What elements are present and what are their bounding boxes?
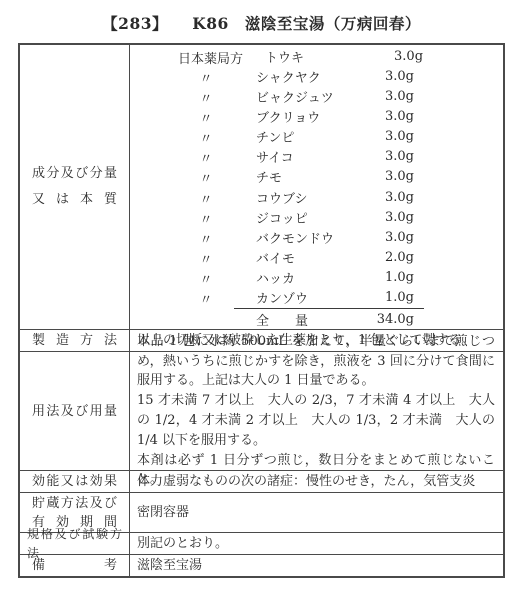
specs-label: 規格及び試験方法: [20, 533, 130, 554]
ingredient-main: バイモ 2.0g: [234, 248, 424, 268]
manufacturing-label-text: 製造方法: [32, 331, 117, 350]
composition-label-line1: 成分及び分量: [32, 161, 117, 187]
total-label: 全 量: [256, 310, 362, 329]
page-title: 【283】 K86 滋陰至宝湯（万病回春）: [0, 12, 523, 34]
storage-content: 密閉容器: [130, 493, 503, 532]
ingredient-name: ジコッピ: [256, 208, 362, 227]
ingredient-name: ビャクジュツ: [256, 87, 362, 106]
ingredient-row: 〃 チンピ 3.0g: [130, 128, 503, 148]
remarks-text: 滋陰至宝湯: [137, 556, 495, 576]
dosage-paragraph-2: 15 才未満 7 才以上 大人の 2/3，7 才未満 4 才以上 大人の 1/2…: [137, 391, 495, 450]
pharmacopoeia-label: 日本薬局方: [130, 48, 243, 67]
ingredient-amount: 3.0g: [362, 69, 414, 84]
ingredient-amount: 3.0g: [362, 230, 414, 245]
remarks-content: 滋陰至宝湯: [130, 555, 503, 576]
ingredient-name: ハッカ: [256, 268, 362, 287]
ingredient-row: 〃 ブクリョウ 3.0g: [130, 108, 503, 128]
ingredient-name: サイコ: [256, 147, 362, 166]
ingredient-list: 日本薬局方 トウキ 3.0g 〃 シャクヤク 3.0g 〃: [130, 45, 503, 328]
specs-section: 規格及び試験方法 別記のとおり。: [20, 532, 503, 554]
ditto-mark: 〃: [130, 289, 234, 308]
ingredient-main: コウブシ 3.0g: [234, 188, 424, 208]
ditto-mark: 〃: [130, 269, 234, 288]
ingredient-row: 〃 ジコッピ 3.0g: [130, 208, 503, 228]
ingredient-main: チモ 3.0g: [234, 168, 424, 188]
ingredient-main: ブクリョウ 3.0g: [234, 108, 424, 128]
ditto-mark: 〃: [130, 88, 234, 107]
ingredient-amount: 3.0g: [362, 129, 414, 144]
composition-label: 成分及び分量 又は本質: [20, 45, 130, 329]
storage-label-line1: 貯蔵方法及び: [32, 494, 117, 513]
indications-section: 効能又は効果 体力虚弱なものの次の諸症：慢性のせき，たん，気管支炎: [20, 470, 503, 492]
ingredient-name: シャクヤク: [256, 67, 362, 86]
ditto-mark: 〃: [130, 108, 234, 127]
indications-label: 効能又は効果: [20, 471, 130, 492]
ingredient-name: バイモ: [256, 248, 362, 267]
ingredient-main: ジコッピ 3.0g: [234, 208, 424, 228]
storage-text: 密閉容器: [137, 503, 495, 523]
ingredient-name: チモ: [256, 167, 362, 186]
ingredient-amount: 3.0g: [362, 89, 414, 104]
monograph-table: 成分及び分量 又は本質 日本薬局方 トウキ 3.0g 〃 シャクヤク 3.0g: [18, 43, 505, 578]
ingredient-main: シャクヤク 3.0g: [234, 67, 424, 87]
ingredient-amount: 1.0g: [362, 290, 414, 305]
composition-section: 成分及び分量 又は本質 日本薬局方 トウキ 3.0g 〃 シャクヤク 3.0g: [20, 45, 503, 329]
ingredient-main: ビャクジュツ 3.0g: [234, 88, 424, 108]
ingredient-row: 〃 バクモンドウ 3.0g: [130, 228, 503, 248]
composition-content: 日本薬局方 トウキ 3.0g 〃 シャクヤク 3.0g 〃: [130, 45, 503, 329]
ingredient-row: 日本薬局方 トウキ 3.0g: [130, 47, 503, 67]
ingredient-row: 〃 カンゾウ 1.0g: [130, 288, 503, 308]
ingredient-row: 〃 バイモ 2.0g: [130, 248, 503, 268]
ingredient-name: バクモンドウ: [256, 228, 362, 247]
composition-label-line2: 又は本質: [32, 187, 117, 213]
total-row: 全 量 34.0g: [130, 309, 503, 329]
ingredient-row: 〃 ハッカ 1.0g: [130, 268, 503, 288]
ingredient-row: 〃 サイコ 3.0g: [130, 148, 503, 168]
ditto-mark: 〃: [130, 168, 234, 187]
dosage-section: 用法及び用量 本品 1 包に水約 500mL を加えて，半量ぐらいまで煎じつめ，…: [20, 351, 503, 470]
ditto-mark: 〃: [130, 128, 234, 147]
ingredient-main: ハッカ 1.0g: [234, 268, 424, 288]
indications-label-text: 効能又は効果: [32, 472, 117, 491]
ingredient-main-sum-rule: カンゾウ 1.0g: [234, 288, 424, 308]
total-main: 全 量 34.0g: [234, 309, 424, 329]
ingredient-row: 〃 チモ 3.0g: [130, 168, 503, 188]
remarks-section: 備考 滋陰至宝湯: [20, 554, 503, 576]
ingredient-amount: 2.0g: [362, 250, 414, 265]
ingredient-main: サイコ 3.0g: [234, 148, 424, 168]
dosage-label-text: 用法及び用量: [32, 402, 117, 421]
ingredient-main: チンピ 3.0g: [234, 128, 424, 148]
ingredient-amount: 3.0g: [362, 149, 414, 164]
ingredient-amount: 3.0g: [362, 190, 414, 205]
ditto-mark: 〃: [130, 189, 234, 208]
indications-text: 体力虚弱なものの次の諸症：慢性のせき，たん，気管支炎: [137, 472, 495, 492]
ingredient-amount: 3.0g: [362, 210, 414, 225]
ingredient-amount: 1.0g: [362, 270, 414, 285]
dosage-content: 本品 1 包に水約 500mL を加えて，半量ぐらいまで煎じつめ，熱いうちに煎じ…: [130, 352, 503, 470]
remarks-label: 備考: [20, 555, 130, 576]
ingredient-name: コウブシ: [256, 188, 362, 207]
specs-text: 別記のとおり。: [137, 534, 495, 554]
ingredient-main: バクモンドウ 3.0g: [234, 228, 424, 248]
total-amount: 34.0g: [362, 312, 414, 327]
ditto-mark: 〃: [130, 209, 234, 228]
ingredient-row: 〃 コウブシ 3.0g: [130, 188, 503, 208]
ingredient-name: チンピ: [256, 127, 362, 146]
dosage-paragraph-1: 本品 1 包に水約 500mL を加えて，半量ぐらいまで煎じつめ，熱いうちに煎じ…: [137, 332, 495, 391]
remarks-label-text: 備考: [32, 556, 117, 575]
dosage-label: 用法及び用量: [20, 352, 130, 470]
ingredient-amount: 3.0g: [362, 109, 414, 124]
ditto-mark: 〃: [130, 249, 234, 268]
ingredient-name: ブクリョウ: [256, 107, 362, 126]
ingredient-row: 〃 ビャクジュツ 3.0g: [130, 88, 503, 108]
ingredient-row: 〃 シャクヤク 3.0g: [130, 67, 503, 87]
manufacturing-label: 製造方法: [20, 330, 130, 351]
ingredient-name: トウキ: [265, 47, 371, 66]
ditto-mark: 〃: [130, 229, 234, 248]
ingredient-name: カンゾウ: [256, 288, 362, 307]
indications-content: 体力虚弱なものの次の諸症：慢性のせき，たん，気管支炎: [130, 471, 503, 492]
ingredient-amount: 3.0g: [362, 169, 414, 184]
ingredient-main: トウキ 3.0g: [243, 47, 433, 67]
ingredient-amount: 3.0g: [371, 49, 423, 64]
ditto-mark: 〃: [130, 148, 234, 167]
ditto-mark: 〃: [130, 68, 234, 87]
specs-content: 別記のとおり。: [130, 533, 503, 554]
